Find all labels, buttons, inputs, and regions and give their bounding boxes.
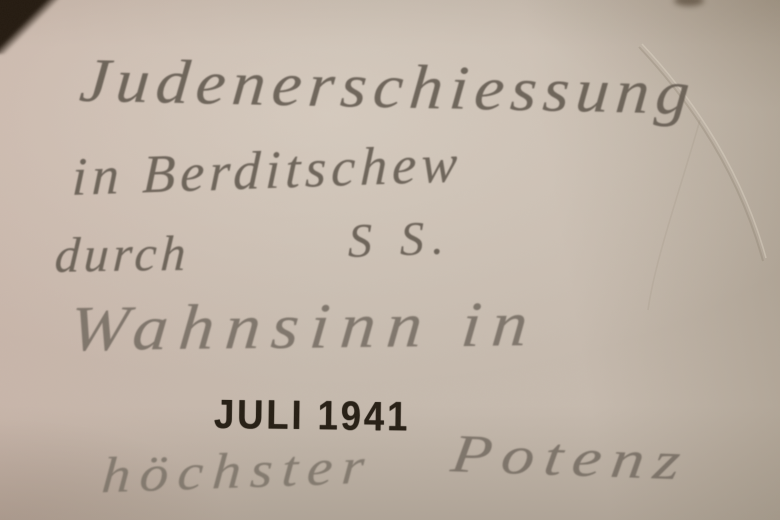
- handwriting-line-5-word-potenz: Potenz: [448, 422, 694, 492]
- date-stamp: JULI 1941: [214, 392, 411, 441]
- handwriting-line-3-word-ss: S S.: [348, 210, 452, 269]
- handwriting-line-5-word-hoechster: höchster: [100, 436, 376, 504]
- photo-back-paper: Judenerschiessung in Berditschew durch S…: [0, 0, 780, 520]
- handwriting-line-3-word-durch: durch: [53, 224, 191, 284]
- handwriting-line-1: Judenerschiessung: [77, 46, 699, 130]
- handwriting-line-4: Wahnsinn in: [66, 287, 541, 366]
